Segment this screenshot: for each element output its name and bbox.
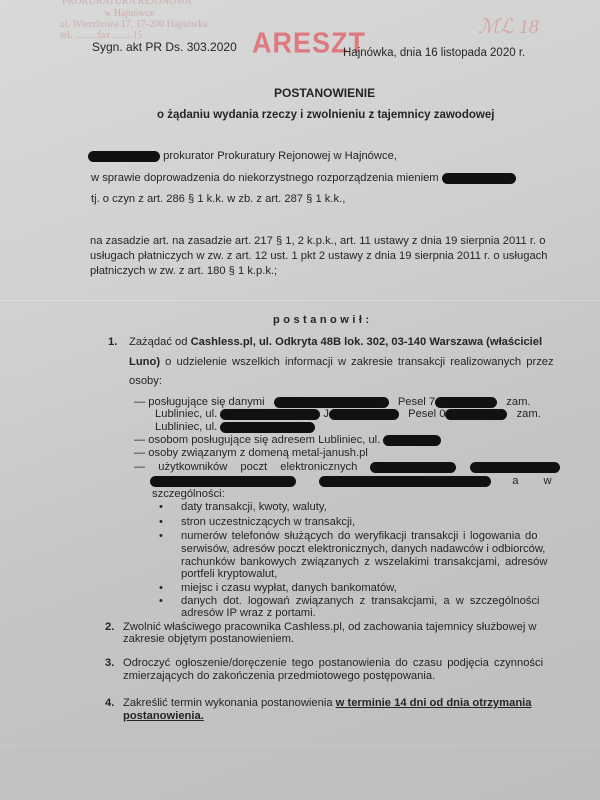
case-reference: Sygn. akt PR Ds. 303.2020 (92, 40, 237, 54)
detail-item: stron uczestniczących w transakcji, (181, 516, 355, 528)
item2-line2: zakresie objętym postanowieniem. (123, 633, 294, 645)
detail-item: miejsc i czasu wypłat, danych bankomatów… (181, 582, 397, 594)
item-number: 2. (105, 621, 114, 633)
person-entry-1-address: Lubliniec, ul. (155, 421, 315, 433)
person-entry-2: — osobom posługujące się adresem Lublini… (134, 434, 441, 446)
item2-line1: Zwolnić właściwego pracownika Cashless.p… (123, 621, 537, 633)
person-entry-4: — użytkowników poczt elektronicznych (134, 461, 560, 473)
legal-basis-line3: płatniczych w zw. z art. 180 § 1 k.p.k.; (90, 265, 277, 277)
person-entry-1: — posługujące się danymi Pesel 7 zam. (134, 396, 531, 408)
item3-line1: Odroczyć ogłoszenie/doręczenie tego post… (123, 657, 543, 669)
detail-item: numerów telefonów służących do weryfikac… (181, 530, 538, 542)
detail-item: danych dot. logowań związanych z transak… (181, 595, 540, 607)
charge-line: tj. o czyn z art. 286 § 1 k.k. w zb. z a… (91, 193, 345, 205)
detail-item-cont: adresów IP wraz z portami. (181, 607, 316, 619)
legal-basis-line2: usługach płatniczych w zw. z art. 12 ust… (90, 250, 548, 262)
place-date: Hajnówka, dnia 16 listopada 2020 r. (343, 47, 525, 59)
person-entry-1-cont: Lubliniec, ul. J Pesel 0 zam. (155, 408, 541, 420)
redaction (319, 476, 491, 487)
redaction (445, 409, 507, 420)
document-subtitle: o żądaniu wydania rzeczy i zwolnieniu z … (157, 109, 494, 121)
item-number: 4. (105, 697, 114, 709)
decision-heading: postanowił: (273, 314, 373, 326)
redaction (383, 435, 441, 446)
legal-basis-line1: na zasadzie art. na zasadzie art. 217 § … (90, 235, 545, 247)
detail-item-cont: rachunków bankowych związanych z wszelak… (181, 556, 547, 568)
item1-line1: Zażądać od Cashless.pl, ul. Odkryta 48B … (129, 336, 542, 348)
redaction (435, 397, 497, 408)
item-number: 1. (108, 336, 117, 348)
item3-line2: zmierzających do zakończenia przedmiotow… (123, 670, 435, 682)
prosecutor-line: prokurator Prokuratury Rejonowej w Hajnó… (88, 150, 397, 162)
redaction (220, 422, 315, 433)
office-stamp-line3: ul. Wierzbowa 17, 17-200 Hajnówka (60, 19, 208, 30)
detail-item-cont: serwisów, adresów poczt elektronicznych,… (181, 543, 545, 555)
office-stamp-line2: w Hajnówce (104, 8, 154, 19)
item4-line1: Zakreślić termin wykonania postanowienia… (123, 697, 532, 709)
item1-line2: Luno) o udzielenie wszelkich informacji … (129, 356, 554, 368)
redaction (470, 462, 560, 473)
redaction (220, 409, 320, 420)
person-entry-4-tail: szczególności: (152, 488, 225, 500)
document-title: POSTANOWIENIE (274, 86, 375, 100)
redaction (150, 476, 296, 487)
redaction (88, 151, 160, 162)
handwritten-mark: ℳℒ 18 (478, 14, 539, 39)
person-entry-4-cont: a w (150, 475, 552, 487)
item1-line3: osoby: (129, 375, 162, 387)
office-stamp-line1: PROKURATURA REJONOWA (62, 0, 192, 7)
redaction (370, 462, 456, 473)
item-number: 3. (105, 657, 114, 669)
detail-item-cont: portfeli kryptowalut, (181, 568, 277, 580)
redaction (329, 409, 399, 420)
case-matter-line: w sprawie doprowadzenia do niekorzystneg… (91, 172, 516, 184)
item4-line2: postanowienia. (123, 710, 204, 722)
redaction (274, 397, 389, 408)
person-entry-3: — osoby związanym z domeną metal-janush.… (134, 447, 368, 459)
redaction (442, 173, 516, 184)
detail-item: daty transakcji, kwoty, waluty, (181, 501, 327, 513)
